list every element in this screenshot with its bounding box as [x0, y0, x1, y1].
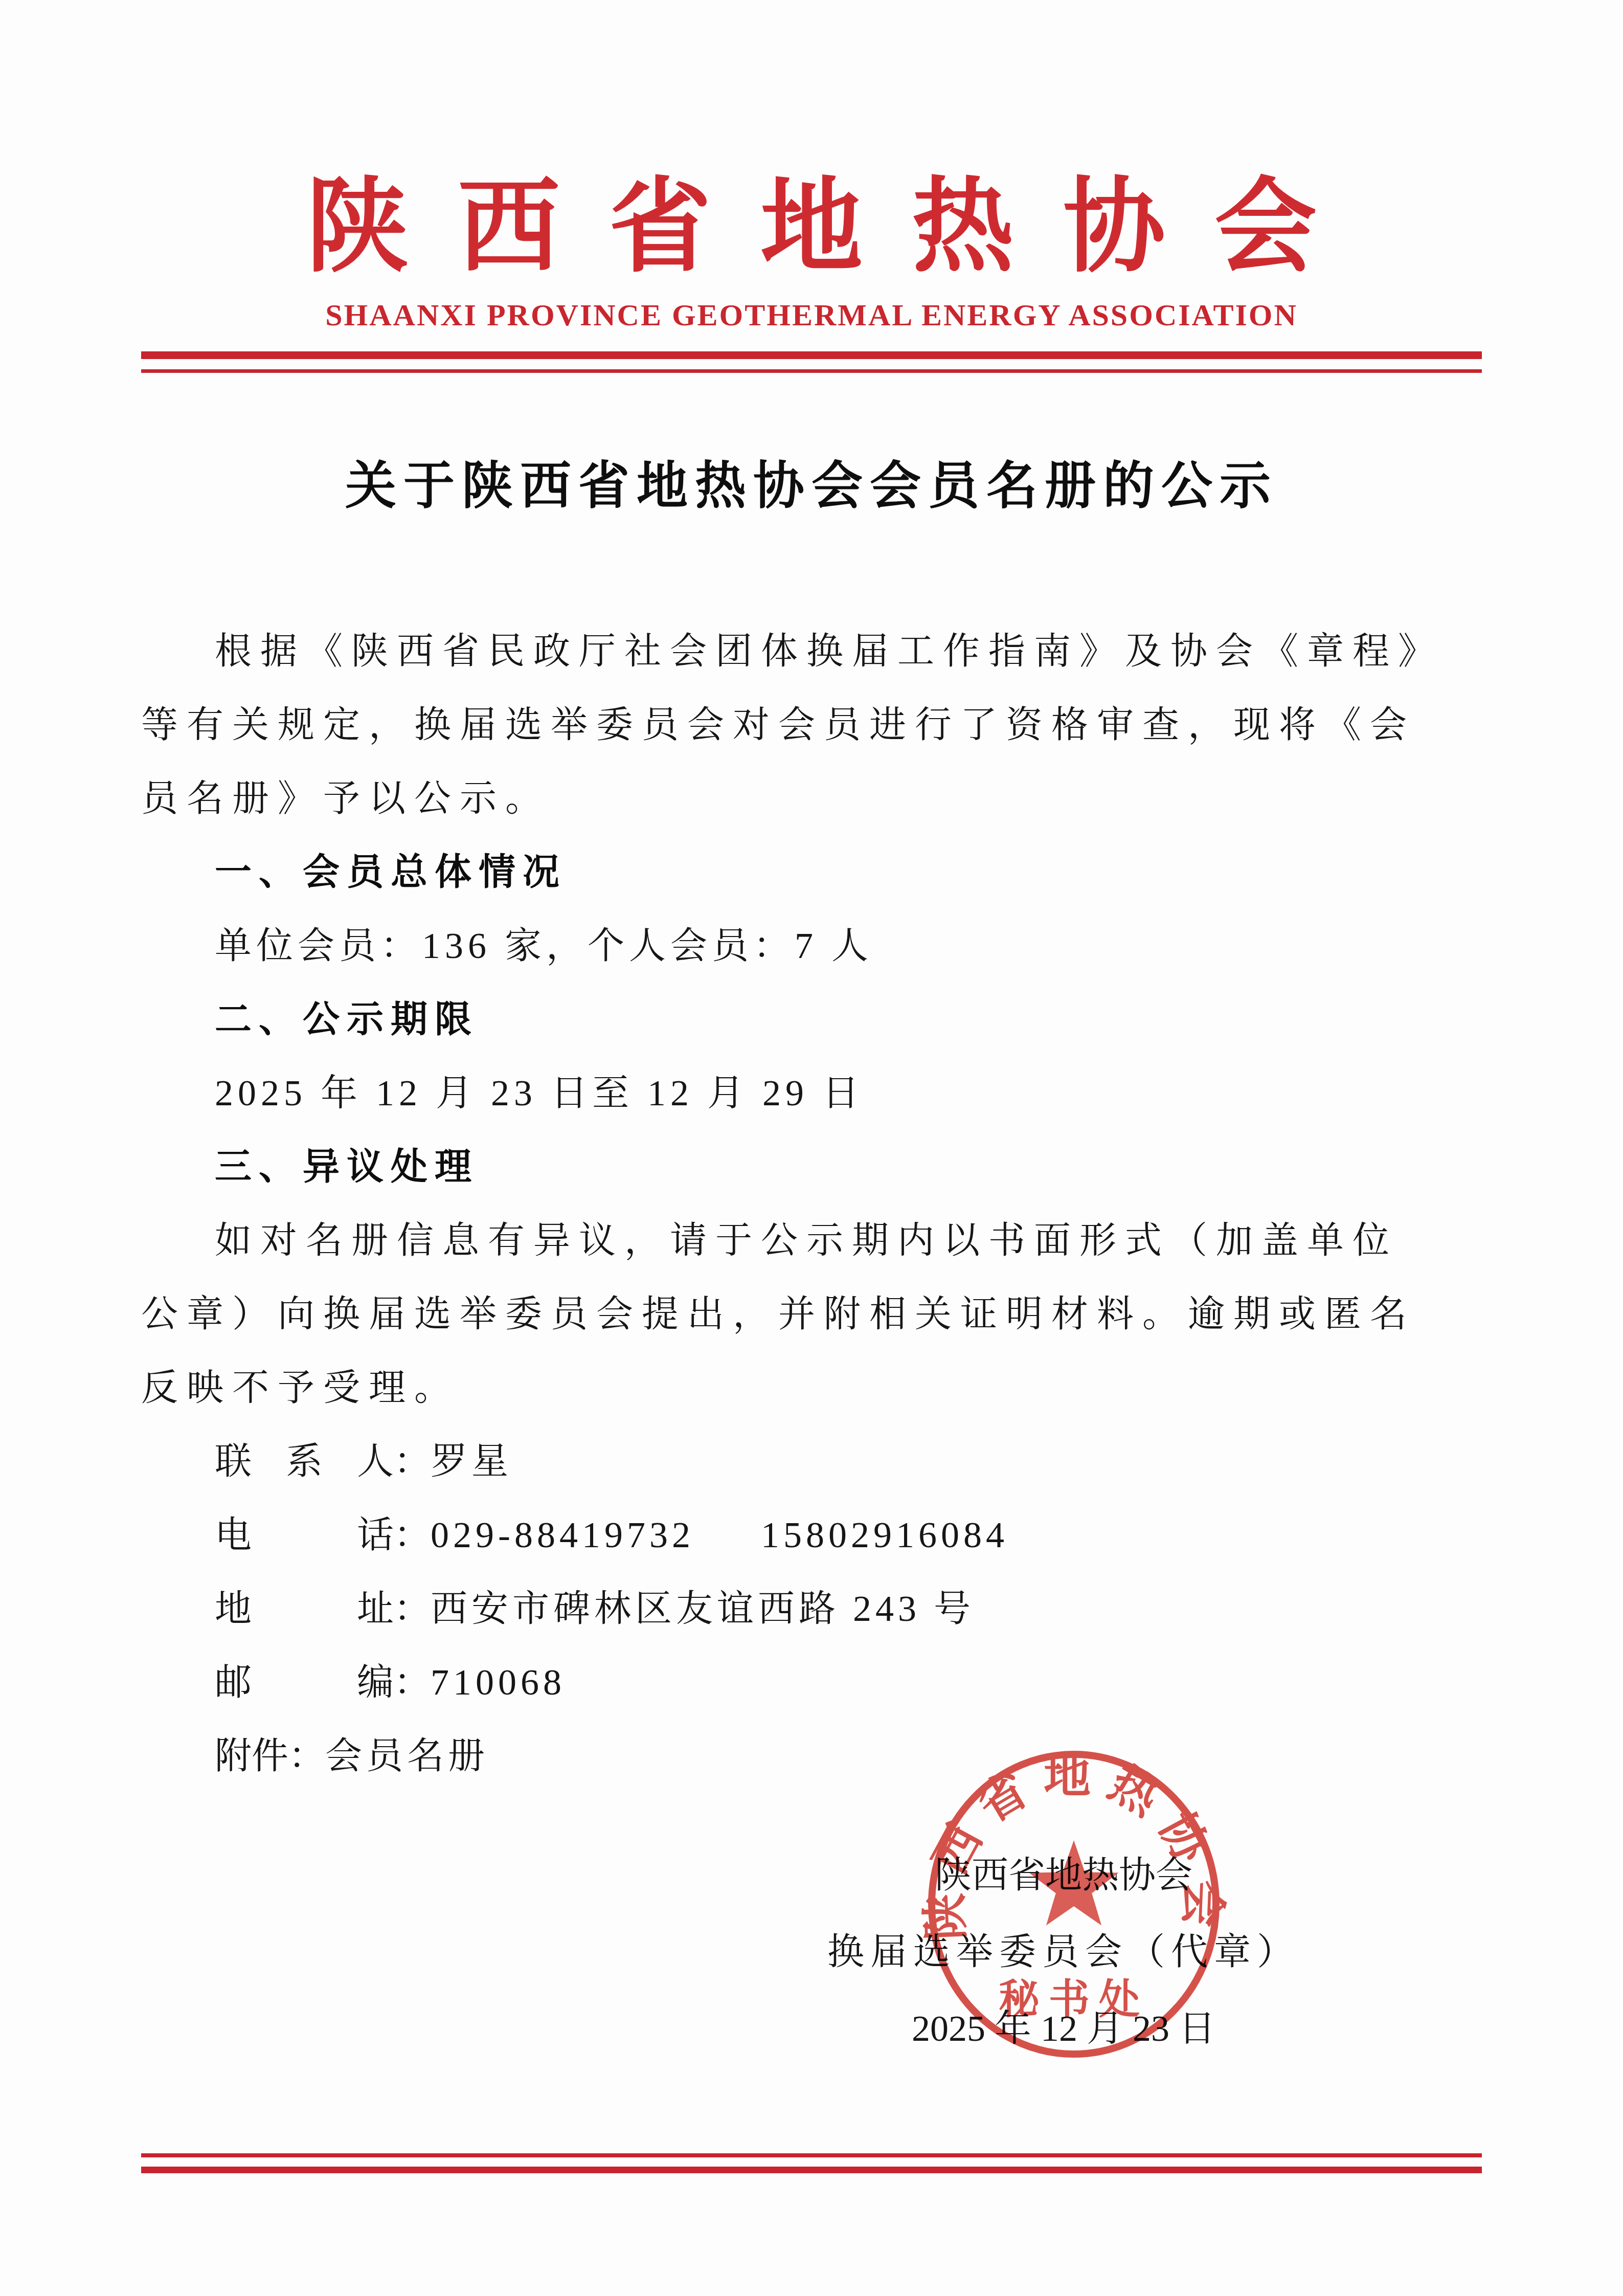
attachment-row: 附件：会员名册	[141, 1719, 1482, 1793]
phone-row: 电话：029-88419732 15802916084	[141, 1498, 1482, 1572]
document-page: 陕西省地热协会 SHAANXI PROVINCE GEOTHERMAL ENER…	[0, 0, 1623, 2296]
paragraph-line: 员名册》予以公示。	[141, 762, 1482, 835]
postcode-row: 邮编：710068	[141, 1645, 1482, 1719]
section1-content: 单位会员：136 家，个人会员：7 人	[141, 909, 1482, 983]
colon: ：	[394, 1662, 431, 1703]
colon: ：	[394, 1588, 431, 1629]
address-value: 西安市碑林区友谊西路 243 号	[431, 1588, 975, 1629]
paragraph-line: 公章）向换届选举委员会提出，并附相关证明材料。逾期或匿名	[141, 1277, 1482, 1351]
signature-block: 陕西省地热协会 换届选举委员会（代章） 2025 年 12 月 23 日	[731, 1837, 1396, 2067]
contact-person-value: 罗星	[431, 1441, 512, 1482]
colon: ：	[288, 1735, 325, 1776]
footer-rule-thick	[141, 2167, 1482, 2173]
phone-value: 029-88419732 15802916084	[431, 1514, 1008, 1555]
colon: ：	[394, 1514, 431, 1555]
org-name-english: SHAANXI PROVINCE GEOTHERMAL ENERGY ASSOC…	[0, 298, 1623, 333]
paragraph-line: 根据《陕西省民政厅社会团体换届工作指南》及协会《章程》	[141, 614, 1482, 688]
address-row: 地址：西安市碑林区友谊西路 243 号	[141, 1572, 1482, 1645]
section2-content: 2025 年 12 月 23 日至 12 月 29 日	[141, 1056, 1482, 1130]
org-name-chinese: 陕西省地热协会	[0, 177, 1623, 279]
paragraph-line: 等有关规定，换届选举委员会对会员进行了资格审查，现将《会	[141, 688, 1482, 762]
signature-date: 2025 年 12 月 23 日	[731, 1990, 1396, 2067]
phone-label: 电话	[215, 1498, 394, 1572]
signature-org: 陕西省地热协会	[731, 1837, 1396, 1913]
address-label: 地址	[215, 1572, 394, 1645]
document-title: 关于陕西省地热协会会员名册的公示	[141, 458, 1482, 514]
colon: ：	[394, 1441, 431, 1482]
letterhead-rule-thin	[141, 369, 1482, 373]
paragraph-line: 如对名册信息有异议，请于公示期内以书面形式（加盖单位	[141, 1203, 1482, 1277]
footer-rule-thin	[141, 2153, 1482, 2157]
body-text: 根据《陕西省民政厅社会团体换届工作指南》及协会《章程》 等有关规定，换届选举委员…	[141, 614, 1482, 1793]
contact-person-label: 联系人	[215, 1424, 394, 1498]
section1-heading: 一、会员总体情况	[141, 835, 1482, 909]
attachment-label: 附件	[215, 1735, 288, 1776]
contact-person-row: 联系人：罗星	[141, 1424, 1482, 1498]
document-body: 关于陕西省地热协会会员名册的公示 根据《陕西省民政厅社会团体换届工作指南》及协会…	[141, 458, 1482, 1793]
signature-committee: 换届选举委员会（代章）	[731, 1913, 1396, 1990]
section3-heading: 三、异议处理	[141, 1130, 1482, 1203]
postcode-label: 邮编	[215, 1645, 394, 1719]
section2-heading: 二、公示期限	[141, 983, 1482, 1056]
letterhead: 陕西省地热协会 SHAANXI PROVINCE GEOTHERMAL ENER…	[0, 0, 1623, 373]
postcode-value: 710068	[431, 1662, 566, 1703]
attachment-value: 会员名册	[325, 1735, 489, 1776]
paragraph-line: 反映不予受理。	[141, 1351, 1482, 1424]
letterhead-rule-thick	[141, 351, 1482, 359]
